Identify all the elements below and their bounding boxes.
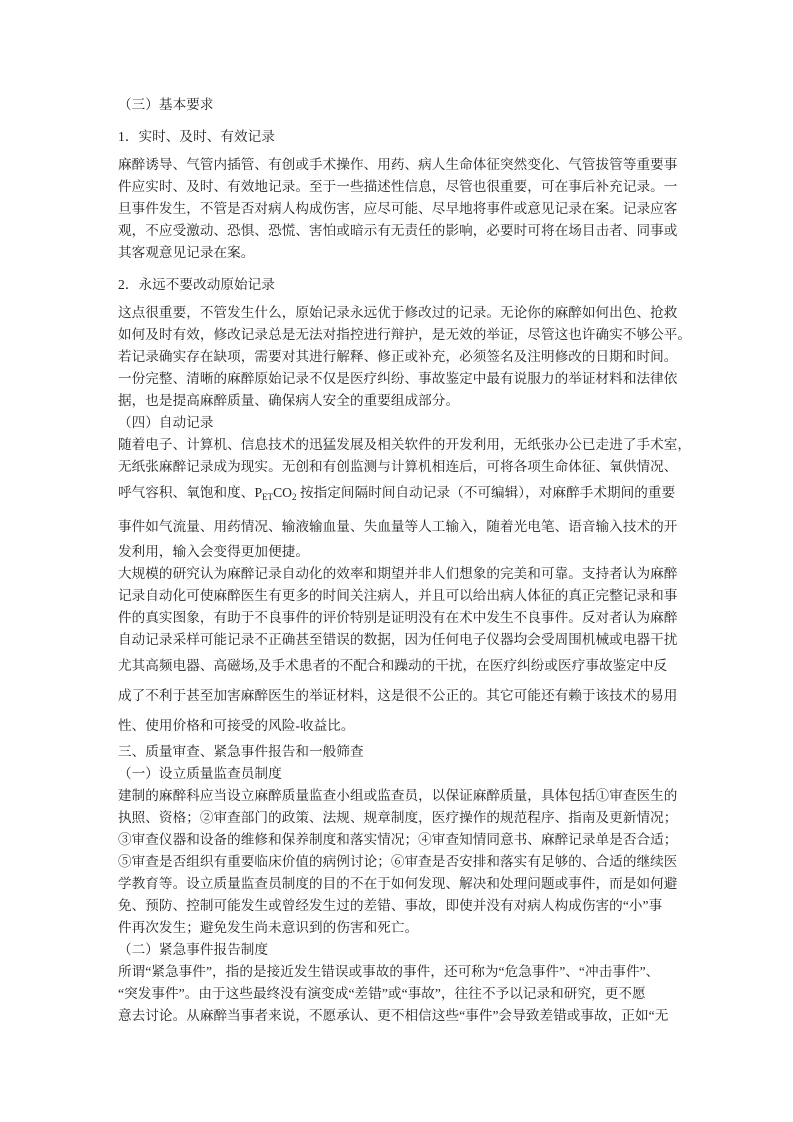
heading-block: 1．实时、及时、有效记录 <box>118 126 718 148</box>
text-line: 件应实时、及时、有效地记录。至于一些描述性信息，尽管也很重要，可在事后补充记录。… <box>118 176 718 198</box>
paragraph-block: 呼气容积、氧饱和度、PETCO2 按指定间隔时间自动记录（不可编辑），对麻醉手术… <box>118 478 718 541</box>
text-line: 呼气容积、氧饱和度、PETCO2 按指定间隔时间自动记录（不可编辑），对麻醉手术… <box>118 478 718 512</box>
text-line: ⑤审查是否组织有重要临床价值的病例讨论；⑥审查是否安排和落实有足够的、合适的继续… <box>118 851 718 873</box>
text-line: （四）自动记录 <box>118 412 718 434</box>
text-line: 学教育等。设立质量监查员制度的目的不在于如何发现、解决和处理问题或事件，而是如何… <box>118 873 718 895</box>
text-line: 三、质量审查、紧急事件报告和一般筛查 <box>118 741 718 763</box>
heading-block: 2．永远不要改动原始记录 <box>118 274 718 296</box>
document-content: （三）基本要求1．实时、及时、有效记录麻醉诱导、气管内插管、有创或手术操作、用药… <box>118 94 718 1027</box>
text-line: 随着电子、计算机、信息技术的迅猛发展及相关软件的开发利用，无纸张办公已走进了手术… <box>118 434 718 456</box>
text-segment: 按指定间隔时间自动记录（不可编辑），对麻醉手术期间的重要 <box>297 485 676 500</box>
text-line: 自动记录采样可能记录不正确甚至错误的数据，因为任何电子仪器均会受周围机械或电器干… <box>118 629 718 651</box>
paragraph-block: 三、质量审查、紧急事件报告和一般筛查（一）设立质量监查员制度建制的麻醉科应当设立… <box>118 741 718 1027</box>
subscript-text: ET <box>262 492 273 502</box>
text-line: 旦事件发生，不管是否对病人构成伤害，应尽可能、尽早地将事件或意见记录在案。记录应… <box>118 198 718 220</box>
text-line: 麻醉诱导、气管内插管、有创或手术操作、用药、病人生命体征突然变化、气管拔管等重要… <box>118 154 718 176</box>
text-line: 件的真实图象，有助于不良事件的评价特别是证明没有在术中发生不良事件。反对者认为麻… <box>118 607 718 629</box>
text-line: 所谓“紧急事件”，指的是接近发生错误或事故的事件，还可称为“危急事件”、“冲击事… <box>118 961 718 983</box>
text-line: ③审查仪器和设备的维修和保养制度和落实情况；④审查知情同意书、麻醉记录单是否合适… <box>118 829 718 851</box>
text-line: 这点很重要，不管发生什么，原始记录永远优于修改过的记录。无论你的麻醉如何出色、抢… <box>118 302 718 324</box>
text-line: 其客观意见记录在案。 <box>118 242 718 264</box>
text-line: 观，不应受激动、恐惧、恐慌、害怕或暗示有无责任的影响，必要时可将在场目击者、同事… <box>118 220 718 242</box>
text-line: 意去讨论。从麻醉当事者来说，不愿承认、更不相信这些“事件”会导致差错或事故，正如… <box>118 1005 718 1027</box>
text-line: 成了不利于甚至加害麻醉医生的举证材料，这是很不公正的。其它可能还有赖于该技术的易… <box>118 681 718 711</box>
text-line: 记录自动化可使麻醉医生有更多的时间关注病人，并且可以给出病人体征的真正完整记录和… <box>118 585 718 607</box>
text-line: 件再次发生；避免发生尚未意识到的伤害和死亡。 <box>118 917 718 939</box>
text-line: 大规模的研究认为麻醉记录自动化的效率和期望并非人们想象的完美和可靠。支持者认为麻… <box>118 563 718 585</box>
heading-line: 1．实时、及时、有效记录 <box>118 126 718 148</box>
heading-block: （三）基本要求 <box>118 94 718 116</box>
text-line: 一份完整、清晰的麻醉原始记录不仅是医疗纠纷、事故鉴定中最有说服力的举证材料和法律… <box>118 368 718 390</box>
text-line: 若记录确实存在缺项，需要对其进行解释、修正或补充，必须签名及注明修改的日期和时间… <box>118 346 718 368</box>
text-line: （一）设立质量监查员制度 <box>118 763 718 785</box>
text-line: 事件如气流量、用药情况、输液输血量、失血量等人工输入，随着光电笔、语音输入技术的… <box>118 512 718 541</box>
text-line: 执照、资格；②审查部门的政策、法规、规章制度，医疗操作的规范程序、指南及更新情况… <box>118 807 718 829</box>
text-line: 免、预防、控制可能发生或曾经发生过的差错、事故，即使并没有对病人构成伤害的“小”… <box>118 895 718 917</box>
text-segment: CO <box>273 485 292 500</box>
paragraph-block: 这点很重要，不管发生什么，原始记录永远优于修改过的记录。无论你的麻醉如何出色、抢… <box>118 302 718 478</box>
heading-line: 2．永远不要改动原始记录 <box>118 274 718 296</box>
text-line: （二）紧急事件报告制度 <box>118 939 718 961</box>
text-segment: P <box>254 485 262 500</box>
text-line: 无纸张麻醉记录成为现实。无创和有创监测与计算机相连后，可将各项生命体征、氧供情况… <box>118 456 718 478</box>
document-page: { "page": { "background": "#ffffff", "te… <box>0 0 793 1122</box>
text-line: 据，也是提高麻醉质量、确保病人安全的重要组成部分。 <box>118 390 718 412</box>
text-segment: 呼气容积、氧饱和度、 <box>118 485 254 500</box>
text-line: 如何及时有效，修改记录总是无法对指控进行辩护，是无效的举证，尽管这也许确实不够公… <box>118 324 718 346</box>
paragraph-block: 麻醉诱导、气管内插管、有创或手术操作、用药、病人生命体征突然变化、气管拔管等重要… <box>118 154 718 264</box>
text-line: 尤其高频电器、高磁场,及手术患者的不配合和躁动的干扰，在医疗纠纷或医疗事故鉴定中… <box>118 651 718 681</box>
text-line: 性、使用价格和可接受的风险-收益比。 <box>118 711 718 741</box>
text-line: “突发事件”。由于这些最终没有演变成“差错”或“事故”，往往不予以记录和研究，更… <box>118 983 718 1005</box>
text-line: 建制的麻醉科应当设立麻醉质量监查小组或监查员，以保证麻醉质量，具体包括①审查医生… <box>118 785 718 807</box>
paragraph-block: 发利用，输入会变得更加便捷。大规模的研究认为麻醉记录自动化的效率和期望并非人们想… <box>118 541 718 651</box>
heading-line: （三）基本要求 <box>118 94 718 116</box>
paragraph-block: 尤其高频电器、高磁场,及手术患者的不配合和躁动的干扰，在医疗纠纷或医疗事故鉴定中… <box>118 651 718 741</box>
text-line: 发利用，输入会变得更加便捷。 <box>118 541 718 563</box>
